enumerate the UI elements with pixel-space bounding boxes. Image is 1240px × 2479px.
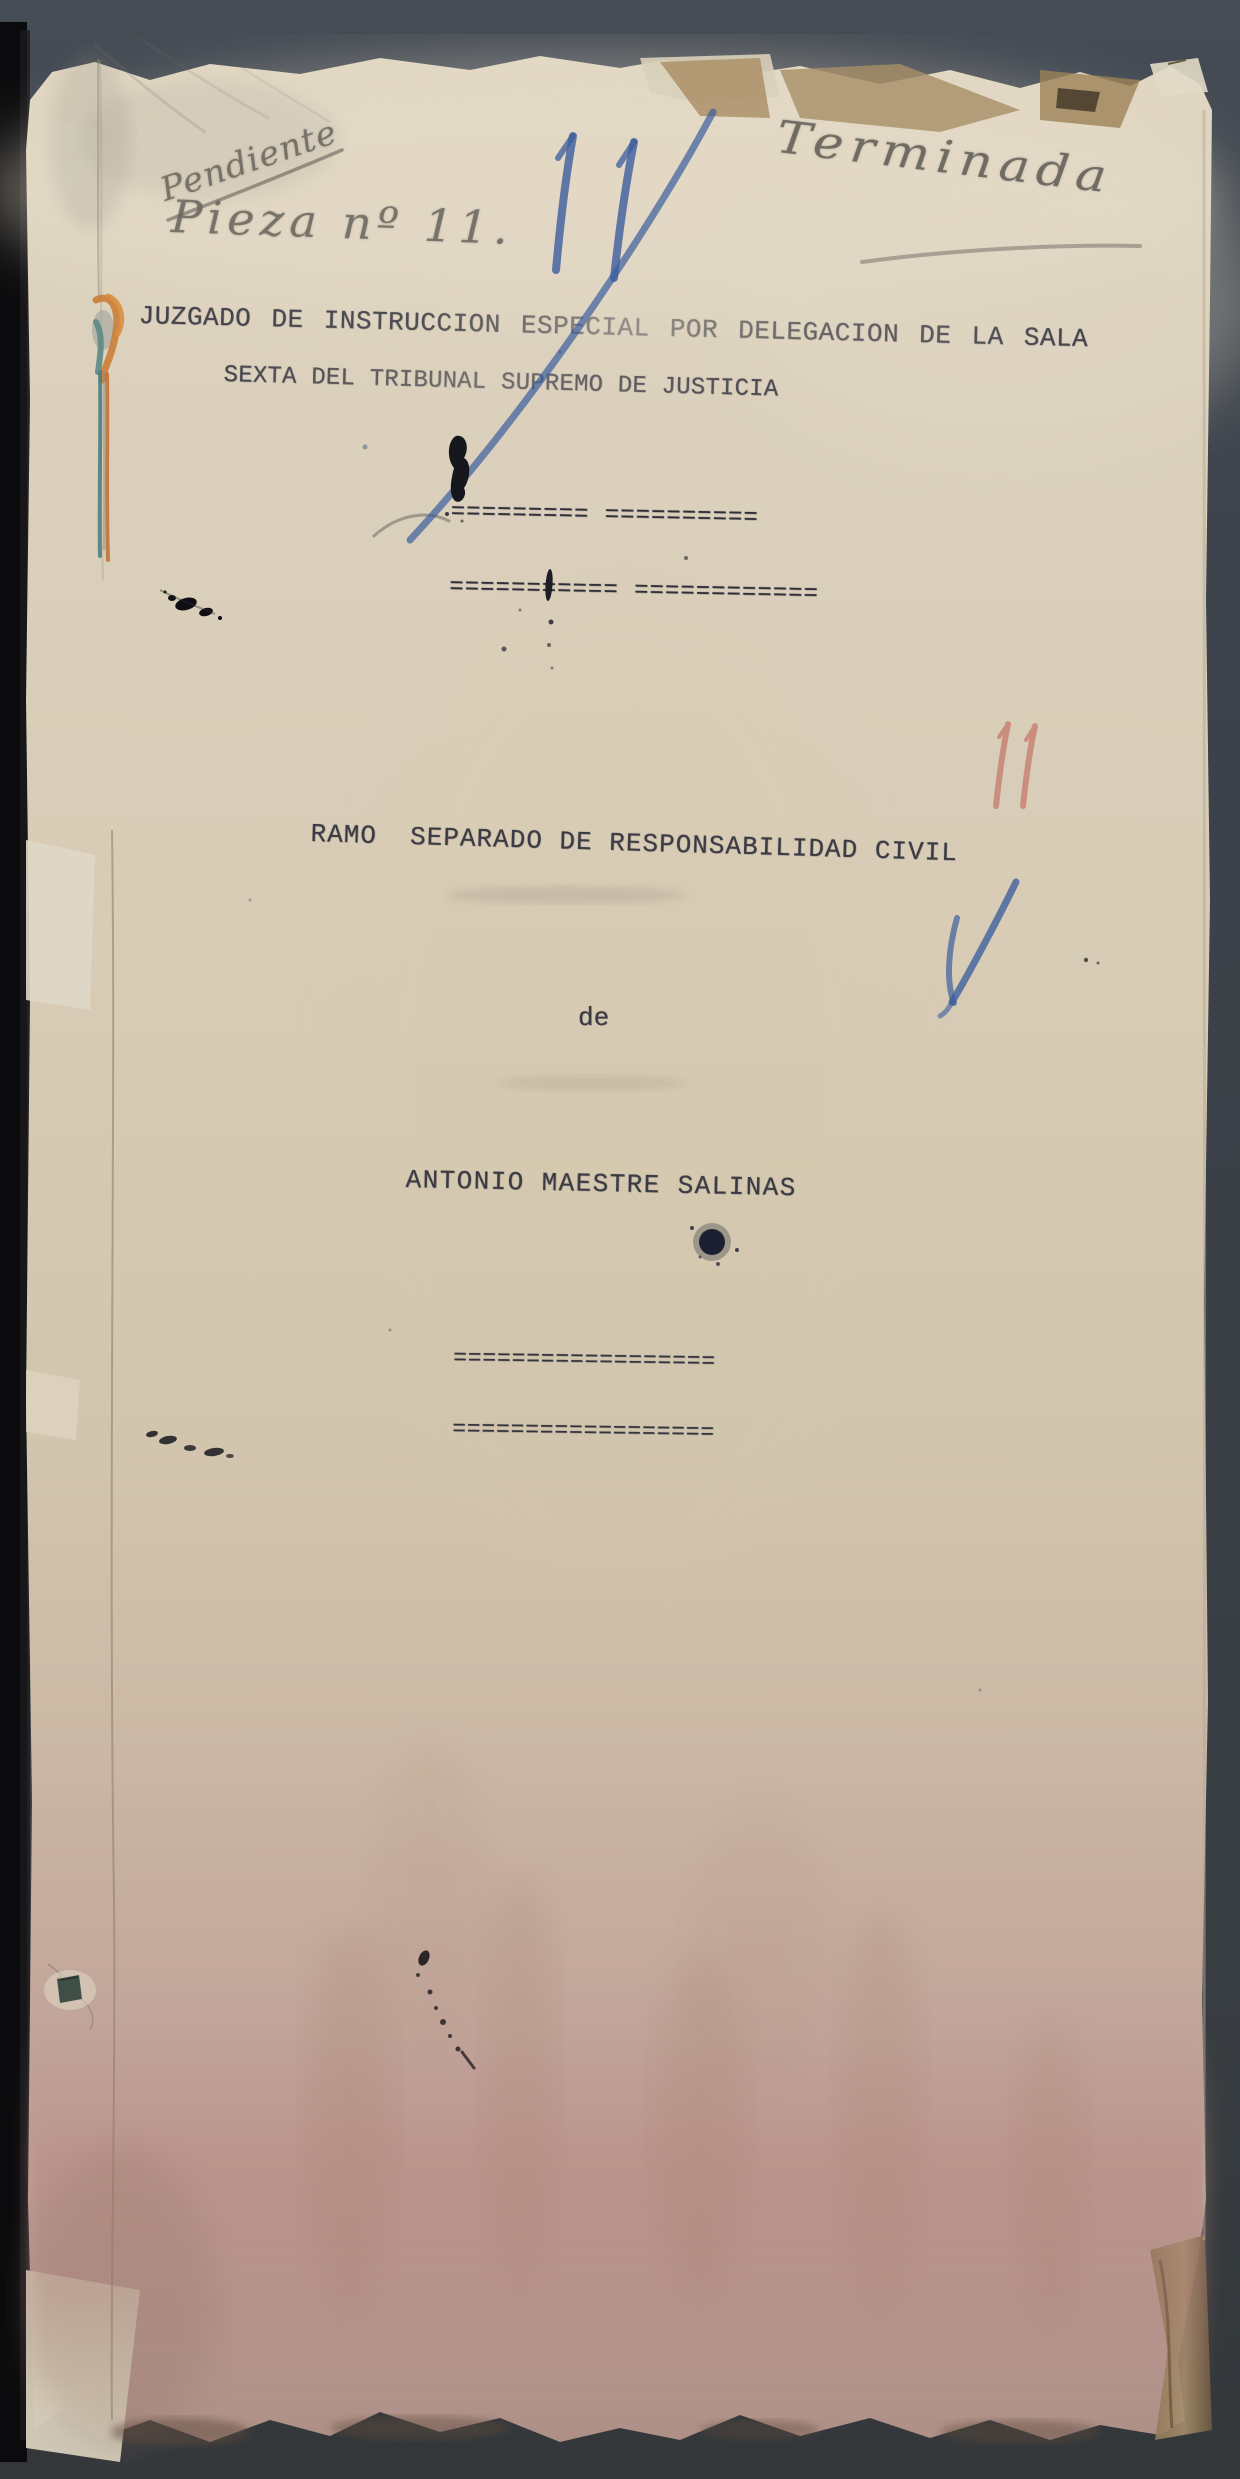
divider-top-row2: =========== ============ xyxy=(449,577,819,605)
divider-bottom-row1: ================== xyxy=(453,1349,716,1372)
scanned-document-page: Pendiente Pieza nº 11. Terminada JUZGADO… xyxy=(0,0,1240,2479)
divider-top: ========= ========== =========== =======… xyxy=(448,448,822,659)
connector-word: de xyxy=(578,1003,609,1033)
divider-top-row1: ========= ========== xyxy=(451,502,821,530)
divider-bottom: ================== ================== xyxy=(451,1297,717,1495)
divider-bottom-row2: ================== xyxy=(452,1420,715,1443)
